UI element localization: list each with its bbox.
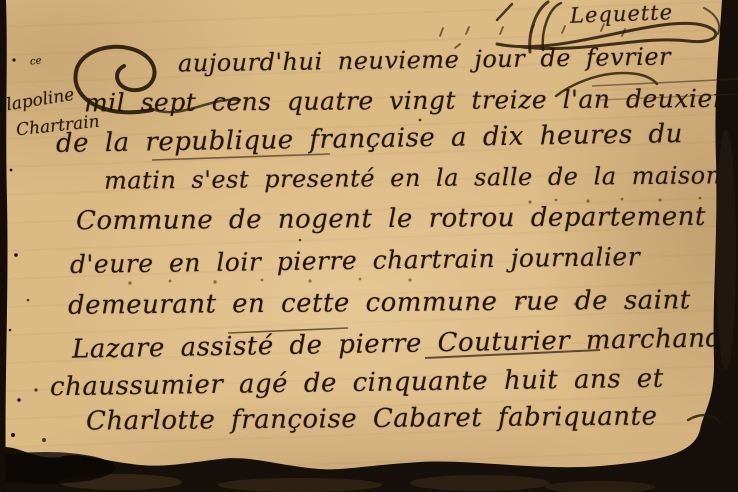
manuscript-line-4: matin s'est presenté en la salle de la m… bbox=[104, 161, 722, 194]
manuscript-line-2: mil sept cens quatre vingt treize l'an d… bbox=[84, 84, 738, 118]
corner-annotation: Lequette bbox=[570, 0, 674, 28]
manuscript-line-7: demeurant en cette commune rue de saint bbox=[68, 285, 691, 320]
manuscript-line-10: Charlotte françoise Cabaret fabriquante bbox=[86, 402, 658, 437]
margin-note-small: ce bbox=[29, 55, 42, 67]
manuscript-line-5: Commune de nogent le rotrou departement bbox=[76, 202, 706, 236]
document-scan: Lequette ce lapoline Chartrain aujourd'h… bbox=[0, 0, 738, 492]
